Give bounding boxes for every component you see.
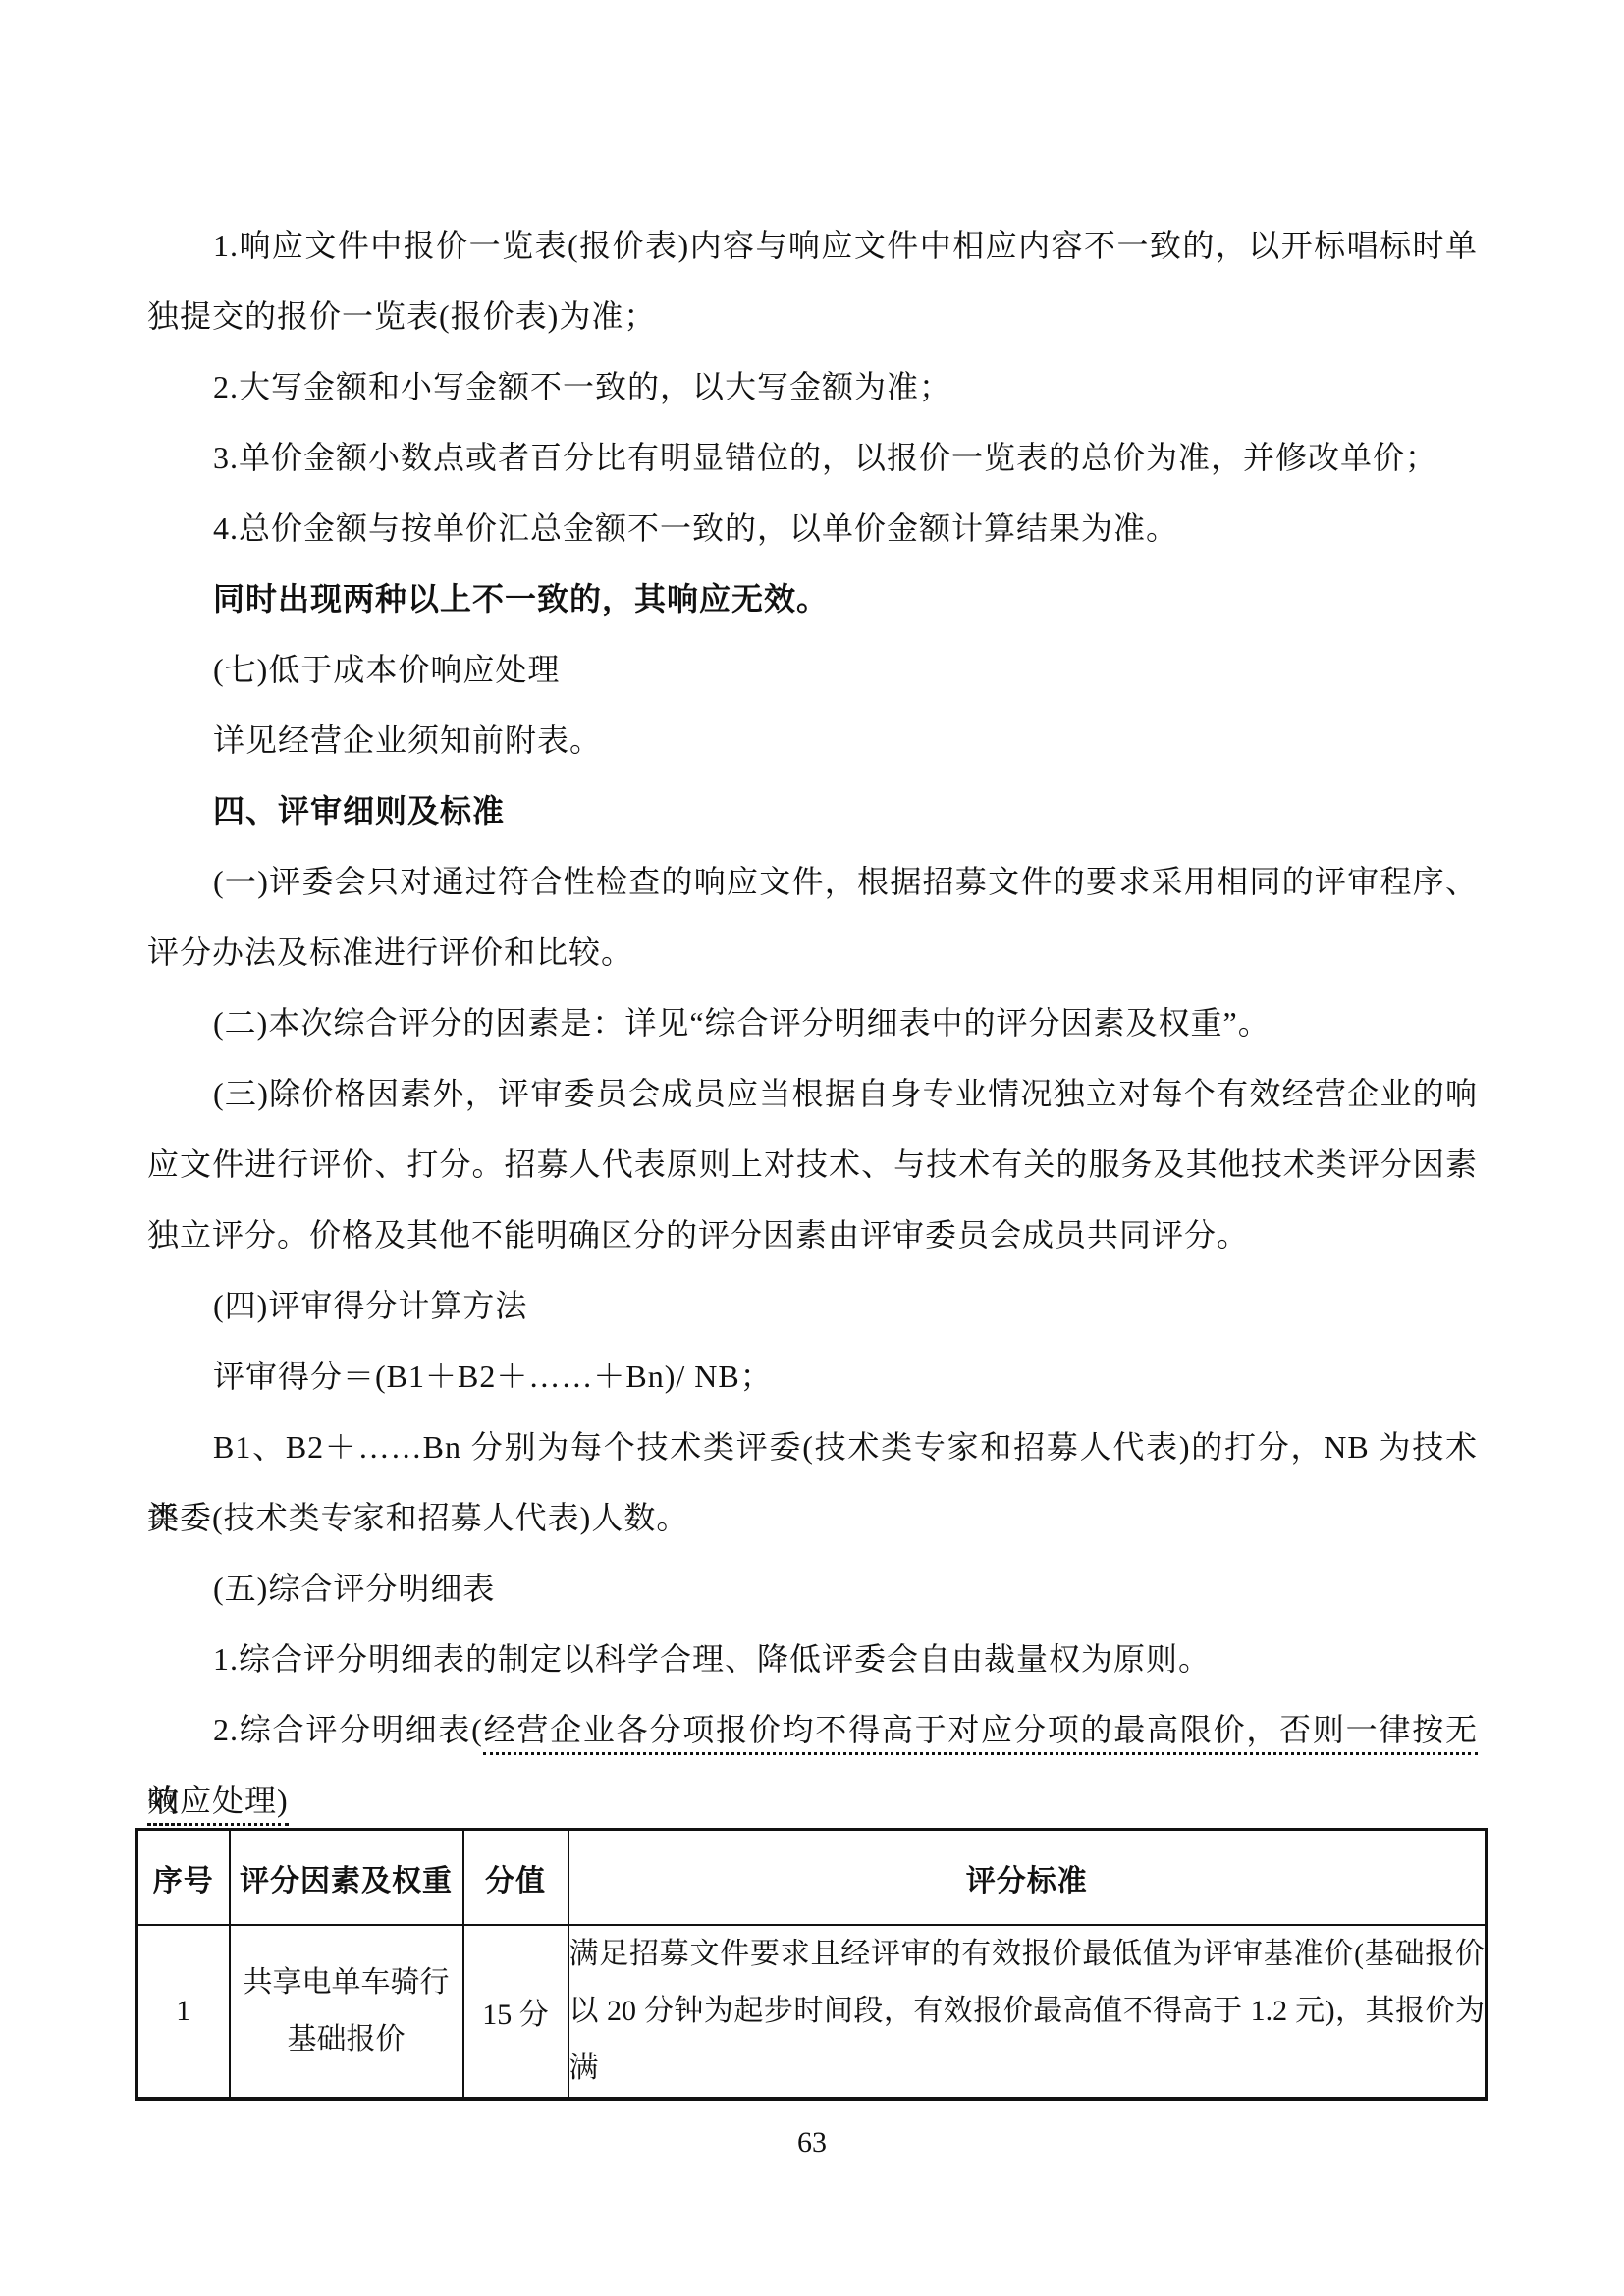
emphasis-line: 同时出现两种以上不一致的，其响应无效。: [147, 563, 1478, 634]
cell-seq: 1: [137, 1925, 230, 2099]
paragraph-line: (一)评委会只对通过符合性检查的响应文件，根据招募文件的要求采用相同的评审程序、: [147, 846, 1478, 917]
formula-line: 评审得分＝(B1＋B2＋……＋Bn)/ NB；: [147, 1341, 1478, 1412]
scoring-table: 序号 评分因素及权重 分值 评分标准 1 共享电单车骑行 基础报价 15 分 满…: [135, 1828, 1488, 2101]
paragraph-line: 3.单价金额小数点或者百分比有明显错位的，以报价一览表的总价为准，并修改单价；: [147, 422, 1478, 493]
paragraph-line: B1、B2＋……Bn 分别为每个技术类评委(技术类专家和招募人代表)的打分，NB…: [147, 1412, 1478, 1482]
section-heading: 四、评审细则及标准: [147, 775, 1478, 846]
cell-factor: 共享电单车骑行 基础报价: [230, 1925, 463, 2099]
subsection-heading: (五)综合评分明细表: [147, 1553, 1478, 1624]
criteria-line: 以 20 分钟为起步时间段，有效报价最高值不得高于 1.2 元)，其报价为满: [569, 1983, 1486, 2097]
criteria-line: 满足招募文件要求且经评审的有效报价最低值为评审基准价(基础报价: [569, 1926, 1486, 1983]
paragraph-line: 2.大写金额和小写金额不一致的，以大写金额为准；: [147, 351, 1478, 422]
cell-score: 15 分: [463, 1925, 568, 2099]
table-header-row: 序号 评分因素及权重 分值 评分标准: [137, 1830, 1487, 1926]
header-factor-weight: 评分因素及权重: [230, 1830, 463, 1926]
paragraph-line: 响应处理): [147, 1765, 1478, 1836]
paragraph-text: 2.综合评分明细表(: [213, 1712, 483, 1747]
factor-line: 基础报价: [231, 2011, 462, 2068]
paragraph-line: 独立评分。价格及其他不能明确区分的评分因素由评审委员会成员共同评分。: [147, 1200, 1478, 1270]
page-number: 63: [0, 2126, 1624, 2160]
paragraph-line: 2.综合评分明细表(经营企业各分项报价均不得高于对应分项的最高限价，否则一律按无…: [147, 1694, 1478, 1765]
document-page: 1.响应文件中报价一览表(报价表)内容与响应文件中相应内容不一致的，以开标唱标时…: [0, 0, 1624, 2296]
paragraph-line: 独提交的报价一览表(报价表)为准；: [147, 281, 1478, 351]
paragraph-line: 详见经营企业须知前附表。: [147, 705, 1478, 775]
underlined-text: 响应处理): [147, 1783, 289, 1826]
header-criteria: 评分标准: [568, 1830, 1487, 1926]
header-seq: 序号: [137, 1830, 230, 1926]
factor-line: 共享电单车骑行: [231, 1954, 462, 2011]
paragraph-line: (三)除价格因素外，评审委员会成员应当根据自身专业情况独立对每个有效经营企业的响: [147, 1058, 1478, 1129]
paragraph-line: 1.综合评分明细表的制定以科学合理、降低评委会自由裁量权为原则。: [147, 1624, 1478, 1694]
cell-criteria: 满足招募文件要求且经评审的有效报价最低值为评审基准价(基础报价 以 20 分钟为…: [568, 1925, 1487, 2099]
header-score: 分值: [463, 1830, 568, 1926]
table-row: 1 共享电单车骑行 基础报价 15 分 满足招募文件要求且经评审的有效报价最低值…: [137, 1925, 1487, 2099]
paragraph-line: 应文件进行评价、打分。招募人代表原则上对技术、与技术有关的服务及其他技术类评分因…: [147, 1129, 1478, 1200]
subsection-heading: (四)评审得分计算方法: [147, 1270, 1478, 1341]
paragraph-line: 1.响应文件中报价一览表(报价表)内容与响应文件中相应内容不一致的，以开标唱标时…: [147, 210, 1478, 281]
paragraph-line: 评委(技术类专家和招募人代表)人数。: [147, 1482, 1478, 1553]
subsection-heading: (七)低于成本价响应处理: [147, 634, 1478, 705]
paragraph-line: 评分办法及标准进行评价和比较。: [147, 917, 1478, 988]
paragraph-line: (二)本次综合评分的因素是：详见“综合评分明细表中的评分因素及权重”。: [147, 988, 1478, 1058]
paragraph-line: 4.总价金额与按单价汇总金额不一致的，以单价金额计算结果为准。: [147, 493, 1478, 563]
